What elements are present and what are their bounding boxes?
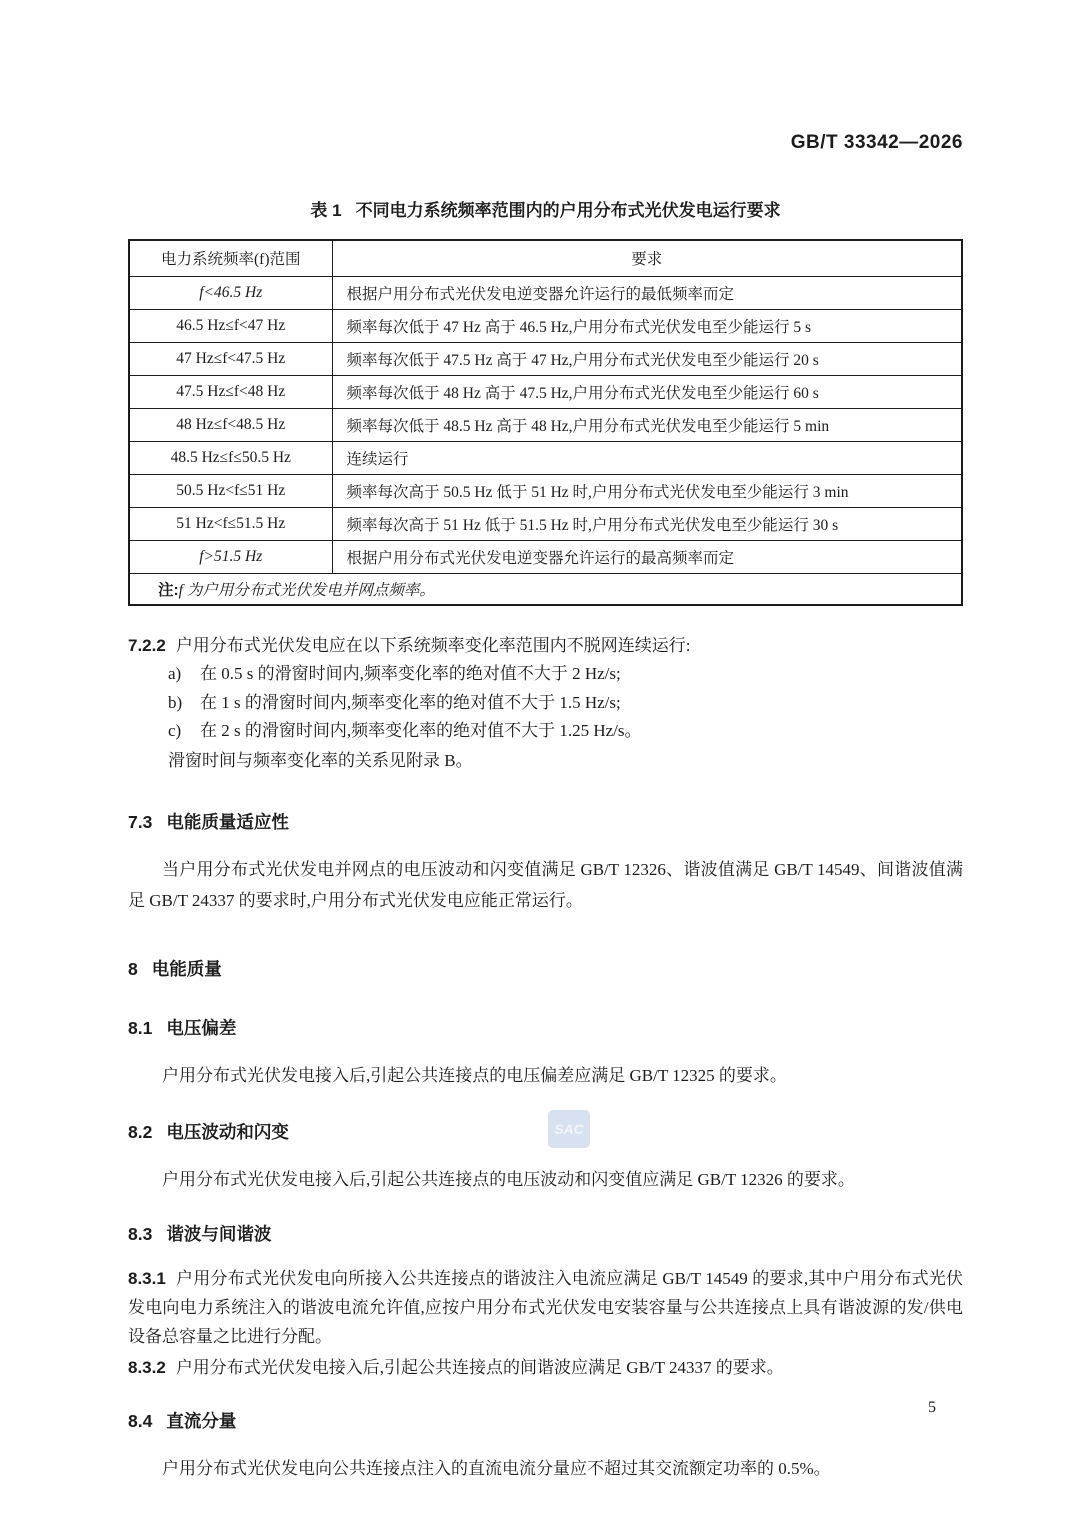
clause-text: 户用分布式光伏发电应在以下系统频率变化率范围内不脱网连续运行: <box>176 636 691 655</box>
table-row: f>51.5 Hz 根据户用分布式光伏发电逆变器允许运行的最高频率而定 <box>129 540 962 573</box>
frequency-requirements-table: 电力系统频率(f)范围 要求 f<46.5 Hz 根据户用分布式光伏发电逆变器允… <box>128 239 963 606</box>
heading-7-3: 7.3电能质量适应性 <box>128 809 963 834</box>
list-item-label: c) <box>168 717 200 746</box>
note-label: 注: <box>158 582 179 599</box>
clause-7-2-2: 7.2.2户用分布式光伏发电应在以下系统频率变化率范围内不脱网连续运行: <box>128 632 963 660</box>
paragraph-8-4: 户用分布式光伏发电向公共连接点注入的直流电流分量应不超过其交流额定功率的 0.5… <box>128 1453 963 1484</box>
list-item-label: b) <box>168 689 200 718</box>
heading-number: 8.1 <box>128 1018 152 1038</box>
requirement-cell: 频率每次低于 47.5 Hz 高于 47 Hz,户用分布式光伏发电至少能运行 2… <box>332 342 962 375</box>
document-page: GB/T 33342—2026 表 1不同电力系统频率范围内的户用分布式光伏发电… <box>0 0 1080 1527</box>
frequency-range-cell: 50.5 Hz<f≤51 Hz <box>129 474 332 507</box>
table-row: 46.5 Hz≤f<47 Hz 频率每次低于 47 Hz 高于 46.5 Hz,… <box>129 309 962 342</box>
watermark-text: SAC <box>554 1121 584 1137</box>
frequency-range-cell: 51 Hz<f≤51.5 Hz <box>129 507 332 540</box>
list-item-text: 在 1 s 的滑窗时间内,频率变化率的绝对值不大于 1.5 Hz/s; <box>200 693 621 712</box>
heading-8-4: 8.4直流分量 <box>128 1408 963 1433</box>
requirement-cell: 频率每次高于 51 Hz 低于 51.5 Hz 时,户用分布式光伏发电至少能运行… <box>332 507 962 540</box>
clause-8-3-2: 8.3.2户用分布式光伏发电接入后,引起公共连接点的间谐波应满足 GB/T 24… <box>128 1353 963 1382</box>
list-item-label: a) <box>168 660 200 689</box>
requirement-cell: 频率每次低于 47 Hz 高于 46.5 Hz,户用分布式光伏发电至少能运行 5… <box>332 309 962 342</box>
table-row: 48.5 Hz≤f≤50.5 Hz 连续运行 <box>129 441 962 474</box>
table-title: 表 1不同电力系统频率范围内的户用分布式光伏发电运行要求 <box>128 196 963 221</box>
paragraph-8-2: 户用分布式光伏发电接入后,引起公共连接点的电压波动和闪变值应满足 GB/T 12… <box>128 1164 963 1195</box>
table-row: 47 Hz≤f<47.5 Hz 频率每次低于 47.5 Hz 高于 47 Hz,… <box>129 342 962 375</box>
heading-8-1: 8.1电压偏差 <box>128 1015 963 1040</box>
clause-text: 户用分布式光伏发电接入后,引起公共连接点的间谐波应满足 GB/T 24337 的… <box>176 1358 784 1377</box>
table-row: f<46.5 Hz 根据户用分布式光伏发电逆变器允许运行的最低频率而定 <box>129 276 962 309</box>
requirement-cell: 频率每次低于 48 Hz 高于 47.5 Hz,户用分布式光伏发电至少能运行 6… <box>332 375 962 408</box>
clause-number: 8.3.2 <box>128 1358 166 1377</box>
heading-title: 电压偏差 <box>166 1018 236 1038</box>
table-row: 48 Hz≤f<48.5 Hz 频率每次低于 48.5 Hz 高于 48 Hz,… <box>129 408 962 441</box>
requirement-cell: 根据户用分布式光伏发电逆变器允许运行的最高频率而定 <box>332 540 962 573</box>
heading-number: 7.3 <box>128 812 152 832</box>
frequency-range-cell: 47.5 Hz≤f<48 Hz <box>129 375 332 408</box>
sac-watermark-logo: SAC <box>548 1110 590 1148</box>
clause-number: 8.3.1 <box>128 1269 166 1288</box>
frequency-range-cell: 46.5 Hz≤f<47 Hz <box>129 309 332 342</box>
frequency-range-cell: f<46.5 Hz <box>129 276 332 309</box>
frequency-range-cell: 48 Hz≤f<48.5 Hz <box>129 408 332 441</box>
requirement-cell: 根据户用分布式光伏发电逆变器允许运行的最低频率而定 <box>332 276 962 309</box>
table-note: 注:f 为户用分布式光伏发电并网点频率。 <box>129 573 962 605</box>
column-header-frequency-range: 电力系统频率(f)范围 <box>129 240 332 276</box>
list-item: c)在 2 s 的滑窗时间内,频率变化率的绝对值不大于 1.25 Hz/s。 <box>168 717 963 746</box>
frequency-range-cell: 47 Hz≤f<47.5 Hz <box>129 342 332 375</box>
table-title-text: 不同电力系统频率范围内的户用分布式光伏发电运行要求 <box>356 201 781 220</box>
table-row: 50.5 Hz<f≤51 Hz 频率每次高于 50.5 Hz 低于 51 Hz … <box>129 474 962 507</box>
clause-text: 户用分布式光伏发电向所接入公共连接点的谐波注入电流应满足 GB/T 14549 … <box>128 1269 963 1346</box>
table-row: 51 Hz<f≤51.5 Hz 频率每次高于 51 Hz 低于 51.5 Hz … <box>129 507 962 540</box>
heading-8-2: 8.2电压波动和闪变 <box>128 1119 963 1144</box>
heading-8-3: 8.3谐波与间谐波 <box>128 1221 963 1246</box>
page-number: 5 <box>928 1399 936 1417</box>
clause-number: 7.2.2 <box>128 636 166 655</box>
frequency-range-cell: f>51.5 Hz <box>129 540 332 573</box>
heading-title: 电能质量适应性 <box>166 812 289 832</box>
clause-8-3-1: 8.3.1户用分布式光伏发电向所接入公共连接点的谐波注入电流应满足 GB/T 1… <box>128 1264 963 1351</box>
requirement-cell: 频率每次低于 48.5 Hz 高于 48 Hz,户用分布式光伏发电至少能运行 5… <box>332 408 962 441</box>
note-text: f 为户用分布式光伏发电并网点频率。 <box>179 582 435 599</box>
heading-title: 直流分量 <box>166 1411 236 1431</box>
heading-title: 电压波动和闪变 <box>166 1122 289 1142</box>
column-header-requirement: 要求 <box>332 240 962 276</box>
table-number-label: 表 1 <box>310 201 341 220</box>
clause-7-2-2-trailing: 滑窗时间与频率变化率的关系见附录 B。 <box>168 746 963 775</box>
heading-number: 8.2 <box>128 1122 152 1142</box>
clause-7-2-2-list: a)在 0.5 s 的滑窗时间内,频率变化率的绝对值不大于 2 Hz/s; b)… <box>168 660 963 746</box>
requirement-cell: 连续运行 <box>332 441 962 474</box>
paragraph-8-1: 户用分布式光伏发电接入后,引起公共连接点的电压偏差应满足 GB/T 12325 … <box>128 1060 963 1091</box>
table-header-row: 电力系统频率(f)范围 要求 <box>129 240 962 276</box>
paragraph-7-3: 当户用分布式光伏发电并网点的电压波动和闪变值满足 GB/T 12326、谐波值满… <box>128 854 963 916</box>
heading-8: 8电能质量 <box>128 956 963 981</box>
list-item-text: 在 0.5 s 的滑窗时间内,频率变化率的绝对值不大于 2 Hz/s; <box>200 664 621 683</box>
table-note-row: 注:f 为户用分布式光伏发电并网点频率。 <box>129 573 962 605</box>
heading-title: 电能质量 <box>152 959 222 979</box>
requirement-cell: 频率每次高于 50.5 Hz 低于 51 Hz 时,户用分布式光伏发电至少能运行… <box>332 474 962 507</box>
frequency-range-cell: 48.5 Hz≤f≤50.5 Hz <box>129 441 332 474</box>
heading-title: 谐波与间谐波 <box>166 1224 271 1244</box>
heading-number: 8.4 <box>128 1411 152 1431</box>
standard-code: GB/T 33342—2026 <box>128 0 963 154</box>
list-item: b)在 1 s 的滑窗时间内,频率变化率的绝对值不大于 1.5 Hz/s; <box>168 689 963 718</box>
list-item: a)在 0.5 s 的滑窗时间内,频率变化率的绝对值不大于 2 Hz/s; <box>168 660 963 689</box>
table-row: 47.5 Hz≤f<48 Hz 频率每次低于 48 Hz 高于 47.5 Hz,… <box>129 375 962 408</box>
heading-number: 8.3 <box>128 1224 152 1244</box>
heading-number: 8 <box>128 959 138 979</box>
list-item-text: 在 2 s 的滑窗时间内,频率变化率的绝对值不大于 1.25 Hz/s。 <box>200 721 642 740</box>
